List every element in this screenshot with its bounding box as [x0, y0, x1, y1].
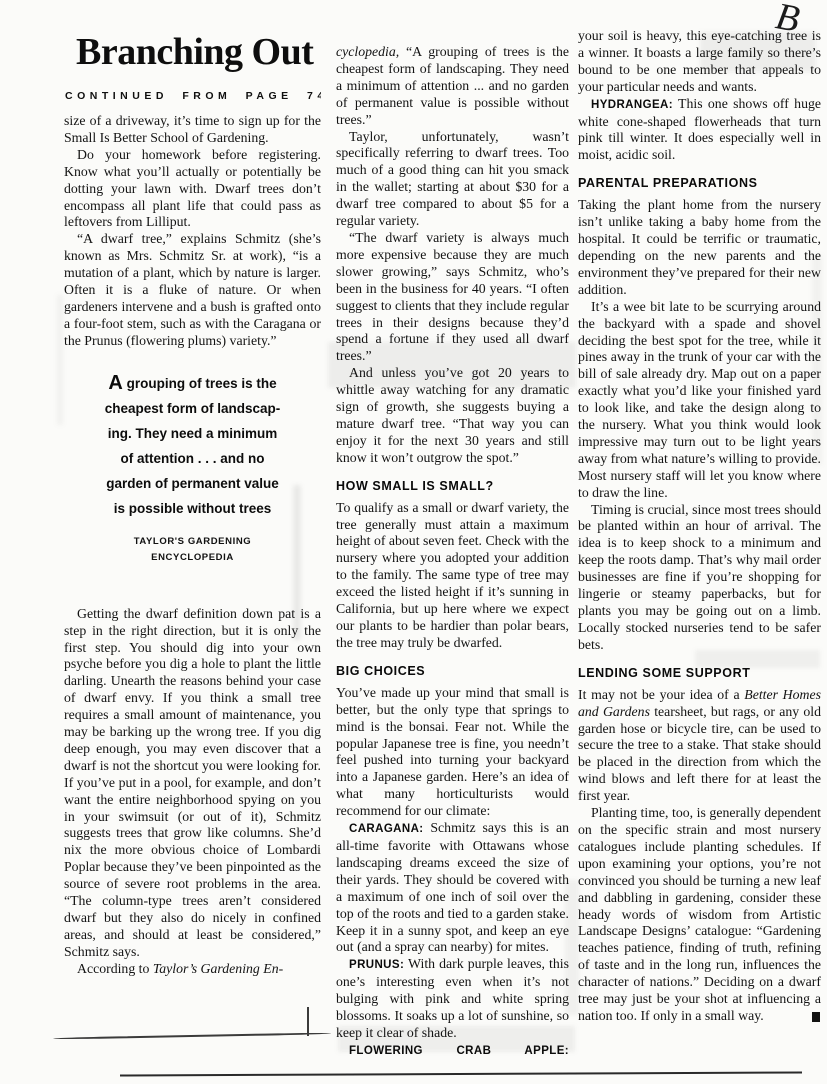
- paragraph: FLOWERING CRAB APPLE: Especially if: [336, 1042, 569, 1056]
- pull-quote-line: is possible without trees: [66, 496, 319, 521]
- section-heading: LENDING SOME SUPPORT: [578, 666, 821, 680]
- scan-smudge: [57, 295, 63, 425]
- article-title: Branching Out: [76, 30, 321, 74]
- paragraph: And unless you’ve got 20 years to whittl…: [336, 365, 569, 466]
- paragraph: Timing is crucial, since most trees shou…: [578, 502, 821, 654]
- pull-quote-line: of attention . . . and no: [66, 446, 319, 471]
- paragraph: CARAGANA: Schmitz says this is an all-ti…: [336, 820, 569, 956]
- section-heading: HOW SMALL IS SMALL?: [336, 479, 569, 493]
- column-left-body: size of a driveway, it’s time to sign up…: [64, 113, 321, 978]
- end-of-article-square-icon: [812, 1012, 820, 1022]
- pull-quote-initial: A: [108, 372, 122, 394]
- continued-from-note: CONTINUED FROM PAGE 74: [65, 90, 321, 102]
- column-middle: cyclopedia, “A grouping of trees is the …: [336, 44, 569, 1056]
- pull-quote-line: garden of permanent value: [66, 471, 319, 496]
- column-middle-body: cyclopedia, “A grouping of trees is the …: [336, 44, 569, 1056]
- paragraph: cyclopedia, “A grouping of trees is the …: [336, 44, 569, 129]
- paragraph: To qualify as a small or dwarf variety, …: [336, 500, 569, 652]
- paragraph: Taking the plant home from the nursery i…: [578, 197, 821, 298]
- runin-heading: CARAGANA:: [349, 823, 424, 835]
- paragraph: You’ve made up your mind that small is b…: [336, 685, 569, 820]
- paragraph: your soil is heavy, this eye-catching tr…: [578, 28, 821, 96]
- paragraph: size of a driveway, it’s time to sign up…: [64, 113, 321, 147]
- runin-heading: PRUNUS:: [349, 959, 404, 971]
- pull-quote-line: cheapest form of landscap-: [66, 396, 319, 421]
- paragraph: Planting time, too, is generally depende…: [578, 805, 821, 1025]
- bottom-rule: [120, 1072, 802, 1077]
- paragraph: It’s a wee bit late to be scurrying arou…: [578, 299, 821, 502]
- paragraph: “The dwarf variety is always much more e…: [336, 230, 569, 365]
- column-right-body: your soil is heavy, this eye-catching tr…: [578, 28, 821, 1025]
- paragraph: According to Taylor’s Gardening En-: [64, 961, 321, 978]
- paragraph: Taylor, unfortunately, wasn’t specifical…: [336, 129, 569, 230]
- magazine-page: B Branching Out CONTINUED FROM PAGE 74 s…: [0, 0, 827, 1084]
- section-heading: PARENTAL PREPARATIONS: [578, 176, 821, 190]
- column-right: your soil is heavy, this eye-catching tr…: [578, 28, 821, 1046]
- paragraph: Do your homework before registering. Kno…: [64, 147, 321, 232]
- pull-quote-line: ing. They need a minimum: [66, 421, 319, 446]
- clipping-edge-tick: [307, 1007, 309, 1036]
- pull-quote-attribution: TAYLOR'S GARDENINGENCYCLOPEDIA: [66, 534, 319, 566]
- runin-heading: HYDRANGEA:: [591, 99, 673, 111]
- pull-quote: A grouping of trees is thecheapest form …: [66, 371, 319, 566]
- paragraph: HYDRANGEA: This one shows off huge white…: [578, 96, 821, 165]
- runin-heading: FLOWERING CRAB APPLE:: [349, 1045, 569, 1056]
- paragraph: It may not be your idea of a Better Home…: [578, 687, 821, 805]
- column-left: Branching Out CONTINUED FROM PAGE 74 siz…: [64, 30, 321, 1038]
- pull-quote-line: A grouping of trees is the: [66, 371, 319, 396]
- paragraph: “A dwarf tree,” explains Schmitz (she’s …: [64, 231, 321, 349]
- section-heading: BIG CHOICES: [336, 664, 569, 678]
- paragraph: PRUNUS: With dark purple leaves, this on…: [336, 956, 569, 1042]
- paragraph: Getting the dwarf definition down pat is…: [64, 606, 321, 961]
